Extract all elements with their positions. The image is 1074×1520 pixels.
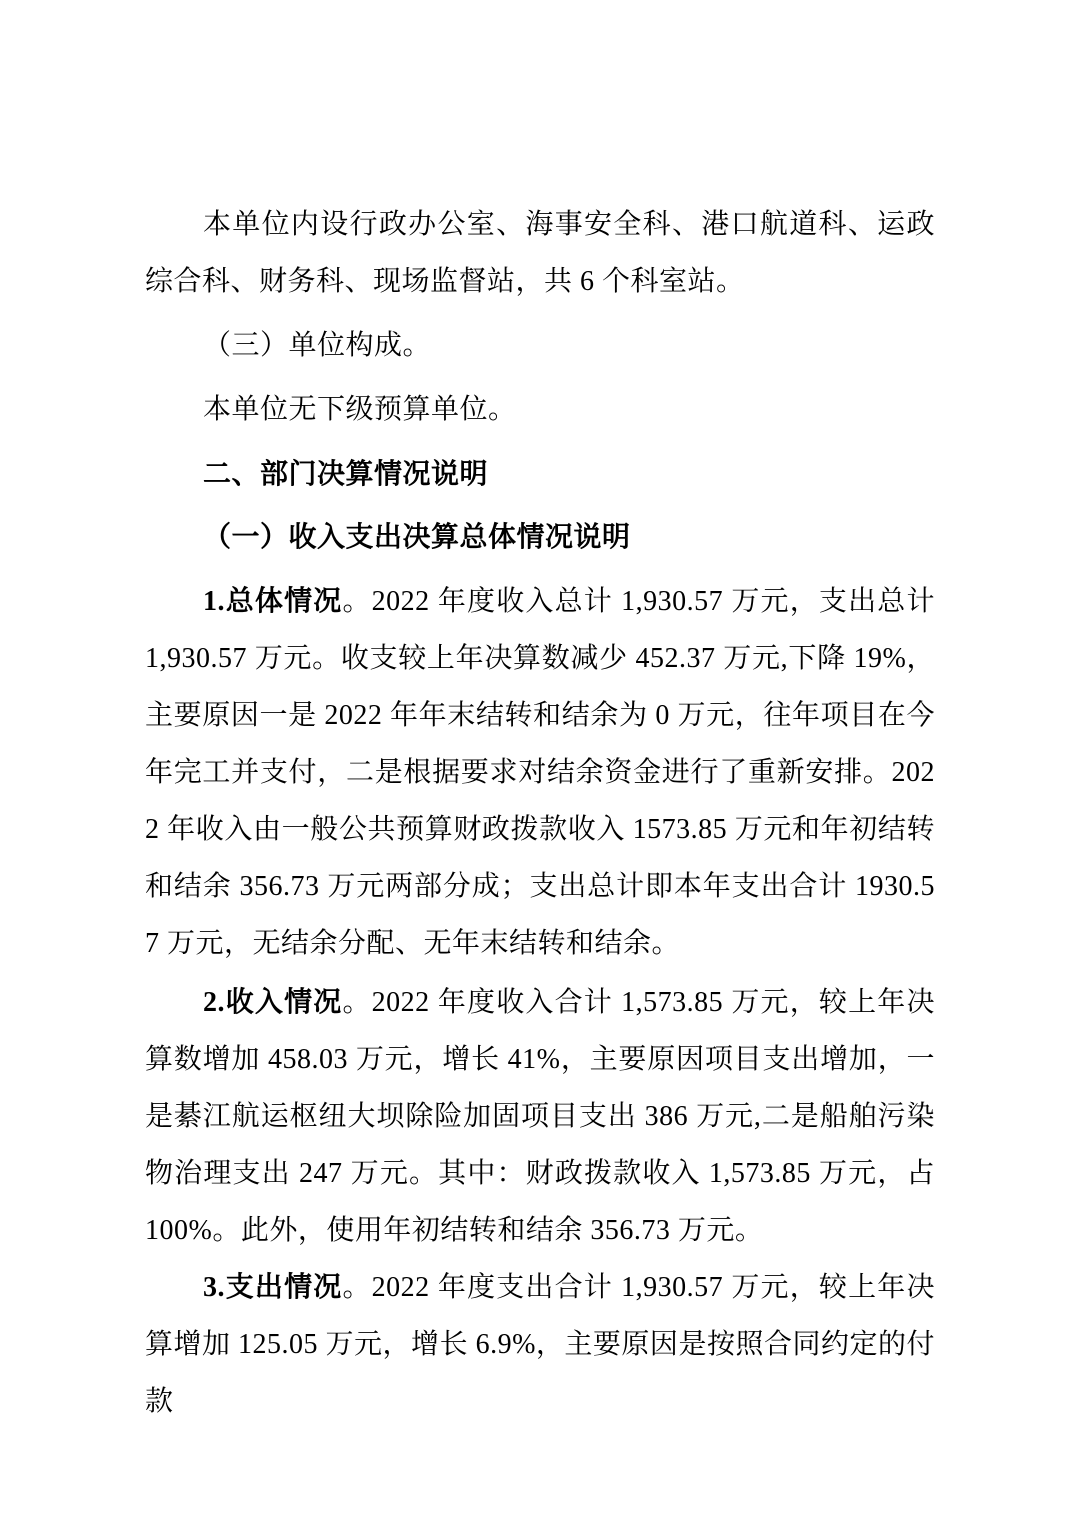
- paragraph-no-subordinate-units-text: 本单位无下级预算单位。: [203, 394, 517, 425]
- paragraph-income-situation: 2.收入情况。2022 年度收入合计 1,573.85 万元，较上年决算数增加 …: [145, 974, 935, 1259]
- paragraph-overall-situation: 1.总体情况。2022 年度收入总计 1,930.57 万元，支出总计 1,93…: [145, 573, 935, 972]
- paragraph-internal-departments-text: 本单位内设行政办公室、海事安全科、港口航道科、运政综合科、财务科、现场监督站，共…: [145, 209, 935, 297]
- paragraph-income-situation-lead: 2.收入情况: [203, 987, 342, 1018]
- paragraph-unit-composition-heading: （三）单位构成。: [145, 317, 935, 374]
- section-heading-final-accounts-text: 二、部门决算情况说明: [203, 458, 488, 489]
- paragraph-overall-situation-text: 。2022 年度收入总计 1,930.57 万元，支出总计 1,930.57 万…: [145, 586, 935, 959]
- paragraph-no-subordinate-units: 本单位无下级预算单位。: [145, 381, 935, 438]
- paragraph-unit-composition-heading-text: （三）单位构成。: [203, 330, 431, 361]
- paragraph-internal-departments: 本单位内设行政办公室、海事安全科、港口航道科、运政综合科、财务科、现场监督站，共…: [145, 196, 935, 310]
- document-page: 本单位内设行政办公室、海事安全科、港口航道科、运政综合科、财务科、现场监督站，共…: [0, 0, 1074, 1520]
- paragraph-expenditure-situation: 3.支出情况。2022 年度支出合计 1,930.57 万元，较上年决算增加 1…: [145, 1259, 935, 1430]
- subsection-heading-income-expenditure-overview-text: （一）收入支出决算总体情况说明: [203, 522, 631, 553]
- paragraph-overall-situation-lead: 1.总体情况: [203, 586, 342, 617]
- section-heading-final-accounts: 二、部门决算情况说明: [145, 445, 935, 502]
- paragraph-expenditure-situation-lead: 3.支出情况: [203, 1272, 342, 1303]
- subsection-heading-income-expenditure-overview: （一）收入支出决算总体情况说明: [145, 509, 935, 566]
- paragraph-income-situation-text: 。2022 年度收入合计 1,573.85 万元，较上年决算数增加 458.03…: [145, 987, 935, 1246]
